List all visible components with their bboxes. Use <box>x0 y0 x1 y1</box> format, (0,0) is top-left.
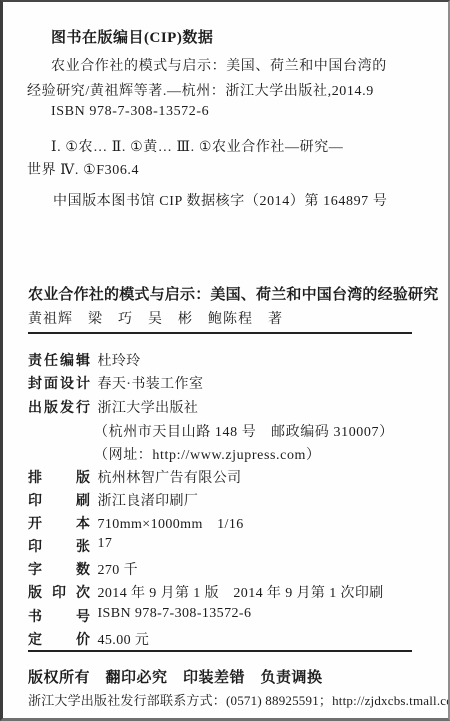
cip-heading: 图书在版编目(CIP)数据 <box>51 26 213 47</box>
colophon-label: 出版发行 <box>28 397 90 417</box>
colophon-label: 字数 <box>28 559 90 579</box>
colophon-row-publisher: 出版发行 浙江大学出版社 <box>28 397 198 417</box>
book-copyright-page: 图书在版编目(CIP)数据 农业合作社的模式与启示：美国、荷兰和中国台湾的 经验… <box>0 0 450 721</box>
colophon-row-edition: 版印次 2014 年 9 月第 1 版 2014 年 9 月第 1 次印刷 <box>28 582 384 602</box>
colophon-row-printing: 印刷 浙江良渚印刷厂 <box>28 490 198 510</box>
colophon-label: 定价 <box>28 629 90 649</box>
colophon-row-word-count: 字数 270 千 <box>28 559 138 579</box>
colophon-value: 270 千 <box>98 559 139 579</box>
distribution-contact-line: 浙江大学出版社发行部联系方式：(0571) 88925591；http://zj… <box>28 690 450 709</box>
colophon-value: 浙江良渚印刷厂 <box>98 490 199 510</box>
colophon-row-price: 定价 45.00 元 <box>28 629 149 649</box>
colophon-label: 责任编辑 <box>28 350 90 370</box>
colophon-value: 710mm×1000mm 1/16 <box>98 513 244 533</box>
colophon-value: 2014 年 9 月第 1 版 2014 年 9 月第 1 次印刷 <box>98 582 384 602</box>
publisher-website: （网址：http://www.zjupress.com） <box>94 444 321 464</box>
colophon-label: 印刷 <box>28 490 90 510</box>
colophon-label: 封面设计 <box>28 373 90 393</box>
colophon-label: 开本 <box>28 513 90 533</box>
cip-record-line: 中国版本图书馆 CIP 数据核字（2014）第 164897 号 <box>53 190 387 210</box>
cip-isbn-line: ISBN 978-7-308-13572-6 <box>51 104 209 120</box>
authors-line: 黄祖辉 梁 巧 吴 彬 鲍陈程 著 <box>28 308 283 328</box>
colophon-row-isbn: 书号 ISBN 978-7-308-13572-6 <box>28 606 251 626</box>
colophon-value: ISBN 978-7-308-13572-6 <box>98 606 252 622</box>
colophon-label: 排版 <box>28 467 90 487</box>
colophon-value: 杭州林智广告有限公司 <box>98 467 242 487</box>
divider-rule-bottom <box>28 650 412 652</box>
cip-title-line2: 经验研究/黄祖辉等著.—杭州：浙江大学出版社,2014.9 <box>27 80 374 100</box>
colophon-row-typesetting: 排版 杭州林智广告有限公司 <box>28 467 242 487</box>
colophon-value: 45.00 元 <box>98 629 150 649</box>
colophon-label: 版印次 <box>28 582 90 602</box>
colophon-label: 印张 <box>28 536 90 556</box>
copyright-notice: 版权所有 翻印必究 印装差错 负责调换 <box>28 666 323 687</box>
divider-rule-top <box>28 332 412 334</box>
cip-classification-line1: Ⅰ. ①农… Ⅱ. ①黄… Ⅲ. ①农业合作社—研究— <box>51 136 343 156</box>
book-title: 农业合作社的模式与启示：美国、荷兰和中国台湾的经验研究 <box>28 283 438 304</box>
colophon-value: 浙江大学出版社 <box>98 397 199 417</box>
colophon-row-cover-design: 封面设计 春天·书装工作室 <box>28 373 203 393</box>
colophon-value: 杜玲玲 <box>98 350 141 370</box>
colophon-row-editor: 责任编辑 杜玲玲 <box>28 350 141 370</box>
cip-classification-line2: 世界 Ⅳ. ①F306.4 <box>27 159 139 179</box>
colophon-value: 17 <box>98 536 113 552</box>
colophon-row-sheets: 印张 17 <box>28 536 112 556</box>
colophon-value: 春天·书装工作室 <box>98 373 204 393</box>
colophon-label: 书号 <box>28 606 90 626</box>
publisher-address: （杭州市天目山路 148 号 邮政编码 310007） <box>94 421 394 441</box>
colophon-row-format: 开本 710mm×1000mm 1/16 <box>28 513 244 533</box>
cip-title-line1: 农业合作社的模式与启示：美国、荷兰和中国台湾的 <box>51 55 387 75</box>
